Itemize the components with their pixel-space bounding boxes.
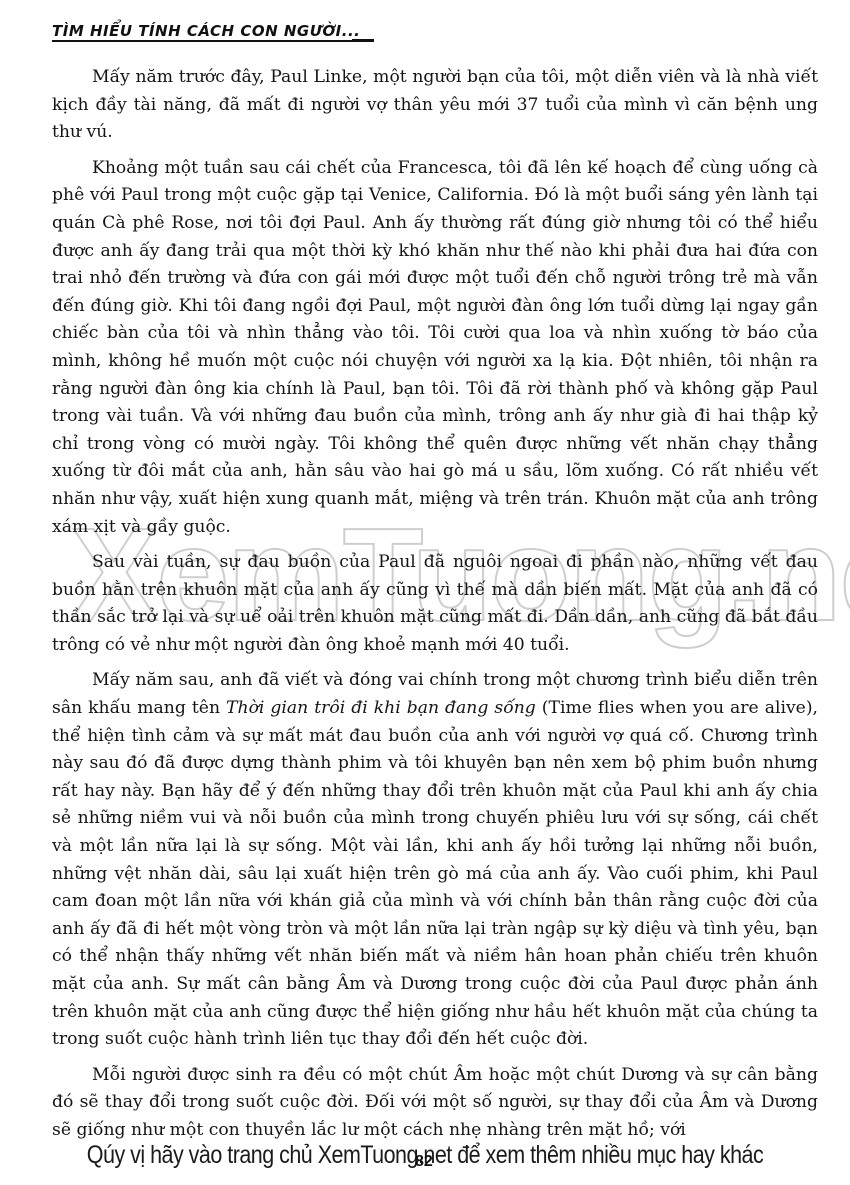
paragraph-2: Khoảng một tuần sau cái chết của Frances… — [52, 155, 818, 541]
running-header-title: TÌM HIỂU TÍNH CÁCH CON NGƯỜI... — [52, 22, 374, 42]
show-title-italic: Thời gian trôi đi khi bạn đang sống — [226, 698, 536, 718]
header-rule-end — [352, 39, 374, 42]
book-page: TÌM HIỂU TÍNH CÁCH CON NGƯỜI... XemTuong… — [0, 0, 850, 1185]
header-rule — [52, 40, 372, 42]
paragraph-4: Mấy năm sau, anh đã viết và đóng vai chí… — [52, 667, 818, 1053]
paragraph-5: Mỗi người được sinh ra đều có một chút Â… — [52, 1062, 818, 1145]
paragraph-4-after: (Time flies when you are alive), thể hiệ… — [52, 698, 818, 1049]
body-text: Mấy năm trước đây, Paul Linke, một người… — [52, 64, 818, 1153]
paragraph-1: Mấy năm trước đây, Paul Linke, một người… — [52, 64, 818, 147]
footer-banner-suffix: để xem thêm nhiều mục hay khác — [452, 1141, 763, 1169]
footer-banner-prefix: Qúy vị hãy vào trang chủ — [87, 1141, 318, 1169]
paragraph-3: Sau vài tuần, sự đau buồn của Paul đã ng… — [52, 549, 818, 659]
page-number: 82 — [415, 1152, 433, 1172]
